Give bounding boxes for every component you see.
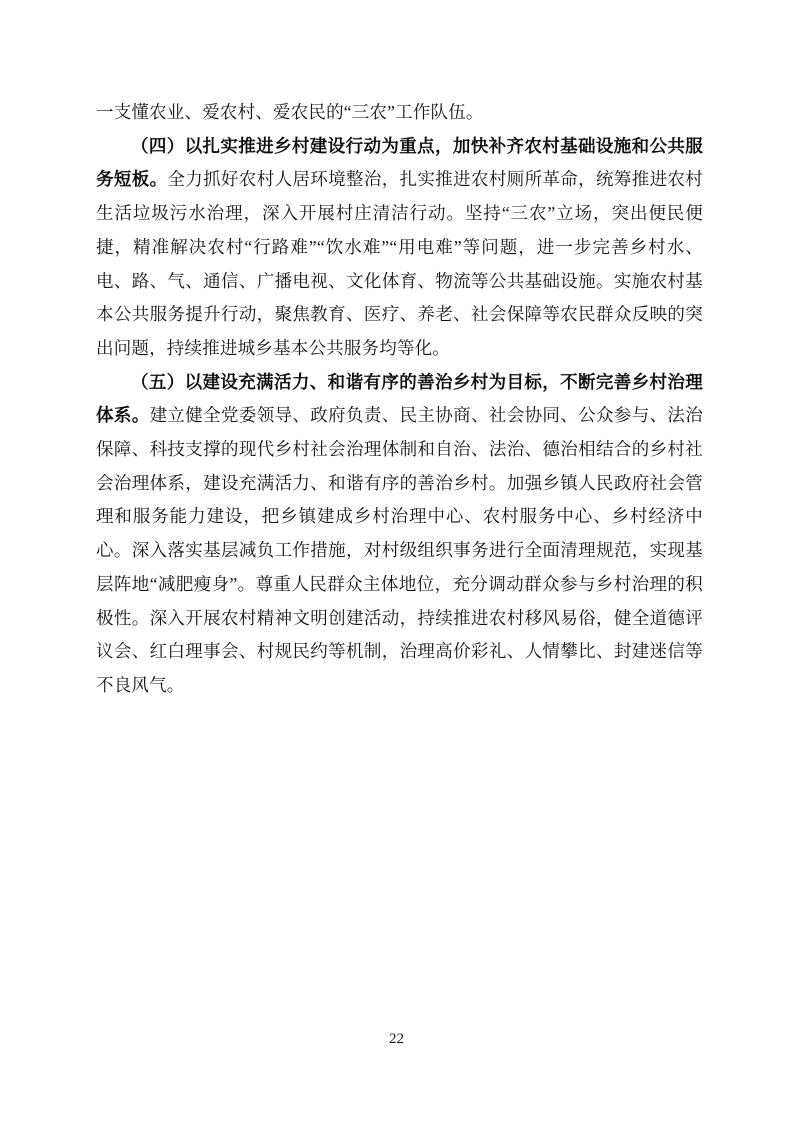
page-content: 一支懂农业、爱农村、爱农民的“三农”工作队伍。 （四）以扎实推进乡村建设行动为重…	[96, 96, 703, 703]
paragraph-continuation: 一支懂农业、爱农村、爱农民的“三农”工作队伍。	[96, 96, 703, 130]
paragraph-text: 全力抓好农村人居环境整治，扎实推进农村厕所革命，统筹推进农村生活垃圾污水治理，深…	[96, 169, 703, 358]
paragraph-section-4: （四）以扎实推进乡村建设行动为重点，加快补齐农村基础设施和公共服务短板。全力抓好…	[96, 130, 703, 366]
paragraph-text: 一支懂农业、爱农村、爱农民的“三农”工作队伍。	[96, 102, 484, 122]
paragraph-section-5: （五）以建设充满活力、和谐有序的善治乡村为目标，不断完善乡村治理体系。建立健全党…	[96, 366, 703, 703]
paragraph-text: 建立健全党委领导、政府负责、民主协商、社会协同、公众参与、法治保障、科技支撑的现…	[96, 405, 703, 695]
page-footer: 22	[0, 1030, 793, 1048]
page-number: 22	[389, 1031, 404, 1047]
document-page: 一支懂农业、爱农村、爱农民的“三农”工作队伍。 （四）以扎实推进乡村建设行动为重…	[0, 0, 793, 1122]
